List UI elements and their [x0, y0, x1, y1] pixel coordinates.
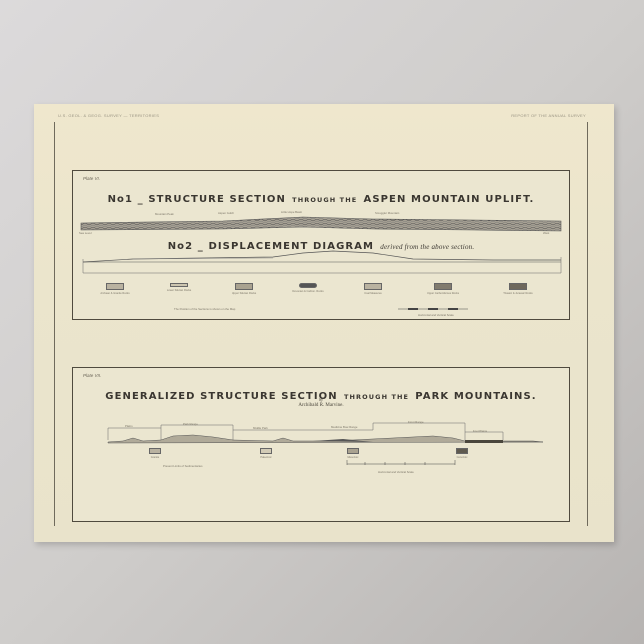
legend-item: Archean & Granite Rocks [90, 283, 140, 295]
legend-swatch [299, 283, 317, 288]
section-label: Park Range [183, 422, 198, 426]
legend-swatch [235, 283, 253, 290]
title-rest: ASPEN MOUNTAIN UPLIFT. [363, 194, 534, 205]
section-label: Middle Park [253, 426, 268, 430]
section-label: Foot Plains [473, 429, 487, 433]
header-right-text: REPORT OF THE ANNUAL SURVEY [511, 113, 586, 118]
byline-by: by [73, 397, 569, 402]
legend-item: Upper Silurian Rocks [219, 283, 269, 295]
legend-item: Granite [130, 448, 180, 459]
plate2-scale-bar [345, 456, 465, 468]
section-label: Front Range [408, 420, 424, 424]
plate2-note: Present Limits of Sedimentaries [163, 464, 202, 468]
section-label: Medicine Bow Range [331, 425, 357, 429]
legend-swatch [509, 283, 527, 290]
section-label: Little Hope Basin [281, 210, 302, 214]
legend-swatch [106, 283, 124, 290]
plate-label: Plate VI. [83, 176, 100, 181]
legend-swatch [434, 283, 452, 290]
legend-swatch [170, 283, 188, 287]
header-left-text: U.S. GEOL. & GEOG. SURVEY — TERRITORIES [58, 113, 159, 118]
section-label: Plains [125, 424, 133, 428]
legend-swatch [364, 283, 382, 290]
plate-vi: Plate VI. No1 _ STRUCTURE SECTION THROUG… [72, 170, 570, 320]
title-number: No1 _ STRUCTURE SECTION [108, 194, 286, 205]
legend-swatch [456, 448, 468, 454]
legend-swatch [149, 448, 161, 454]
legend-item: Triassic & Jurassic Rocks [493, 283, 543, 295]
poster-sheet: U.S. GEOL. & GEOG. SURVEY — TERRITORIES … [34, 104, 614, 542]
legend-swatch [260, 448, 272, 454]
plate1-scale-label: Horizontal and Vertical Scale [418, 313, 454, 317]
legend-item: Coal Measures [348, 283, 398, 295]
plate1-note: The Position of the Sections is shown on… [174, 307, 235, 311]
legend-item: Devonian & Carbon. Rocks [283, 283, 333, 293]
plate2-scale-label: Horizontal and Vertical Scale [378, 470, 414, 474]
displacement-diagram [73, 247, 569, 277]
title-through: THROUGH THE [292, 196, 357, 204]
legend-item: Paleozoic [241, 448, 291, 459]
legend-item: Upper Carboniferous Rocks [418, 283, 468, 295]
legend-swatch [347, 448, 359, 454]
plate1-title: No1 _ STRUCTURE SECTION THROUGH THE ASPE… [73, 187, 569, 206]
plate-vii: Plate VII. GENERALIZED STRUCTURE SECTION… [72, 367, 570, 522]
plate-label: Plate VII. [83, 373, 101, 378]
legend-item: Lower Silurian Rocks [154, 283, 204, 292]
author: Archibald R. Marvine. [73, 403, 569, 408]
